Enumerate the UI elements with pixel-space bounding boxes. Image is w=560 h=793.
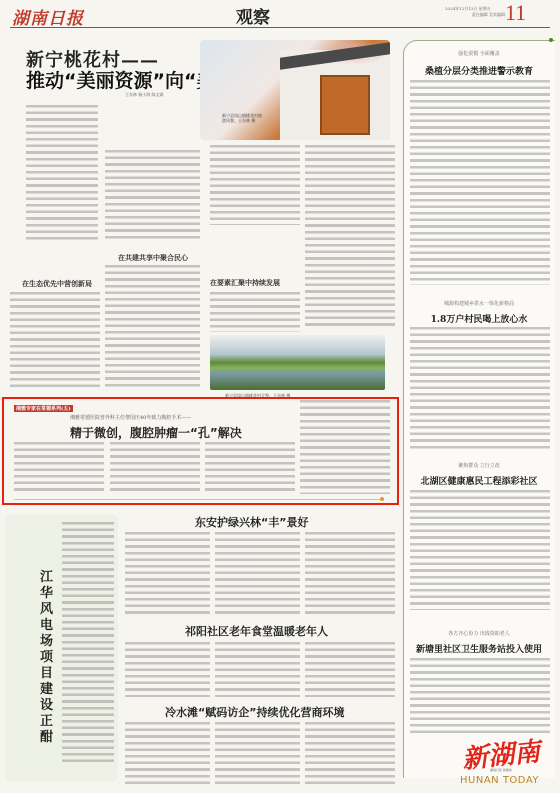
right-kicker-4: 各方齐心协力 出钱资助老人 xyxy=(403,630,555,637)
right-headline-1: 桑植分层分类推进警示教育 xyxy=(403,64,555,77)
brand-english: HUNAN TODAY xyxy=(460,775,539,786)
date-info: 2024年12月13日 星期五 责任编辑 美术编辑 xyxy=(445,6,505,18)
page-number: 11 xyxy=(505,0,526,26)
photo-caption: 新宁县崀山镇桃花村旅游风貌。王东林 摄 xyxy=(222,113,262,123)
featured-body-col2 xyxy=(110,442,200,494)
lead-body-col4 xyxy=(305,145,395,330)
right-kicker-1: 强化震慑 全面覆盖 xyxy=(403,50,555,57)
dongan-body-col2 xyxy=(215,532,300,617)
lengshuitan-body-col2 xyxy=(215,722,300,787)
panel-dot xyxy=(549,38,553,42)
right-body-4 xyxy=(410,658,550,733)
lead-body-col5 xyxy=(10,292,100,387)
village-photo: 新宁县崀山镇桃花村旅游风貌。王东林 摄 xyxy=(200,40,390,140)
side-panel-body xyxy=(62,522,114,762)
newspaper-logo: 湖南日报 xyxy=(12,4,84,29)
article-headline-qiyang: 祁阳社区老年食堂温暖老年人 xyxy=(185,623,328,639)
lead-subhead-2: 在共建共享中聚合民心 xyxy=(118,253,188,263)
lead-body-col7 xyxy=(210,292,300,332)
divider-dot xyxy=(380,497,384,501)
right-headline-3: 北湖区健康惠民工程添彩社区 xyxy=(403,474,555,487)
featured-body-col3 xyxy=(205,442,295,494)
right-headline-2: 1.8万户村民喝上放心水 xyxy=(403,312,555,325)
featured-kicker: 湘雅常德医院普外科主任黎国庆40年致力腹腔手术—— xyxy=(70,414,191,421)
featured-body-col1 xyxy=(14,442,104,494)
lead-body-col6 xyxy=(105,265,200,387)
lengshuitan-body-col1 xyxy=(125,722,210,787)
qiyang-body-col1 xyxy=(125,642,210,697)
lead-subhead-1: 在生态优先中营创新局 xyxy=(22,279,92,289)
right-headline-4: 新塘里社区卫生服务站投入使用 xyxy=(403,642,555,655)
right-kicker-2: 城源构建城乡供水一体化新格局 xyxy=(403,300,555,307)
editor-line: 责任编辑 美术编辑 xyxy=(445,12,505,18)
side-panel-title: 江华风电场项目建设正酣 xyxy=(40,570,60,746)
series-tag: 湘雅专家在常德系列(五) xyxy=(14,405,73,412)
article-headline-dongan: 东安护绿兴林“丰”景好 xyxy=(195,514,308,530)
landscape-photo xyxy=(210,335,385,390)
right-kicker-3: 聚焦群众 立行立改 xyxy=(403,462,555,469)
right-body-1 xyxy=(410,80,550,285)
brand-sub: 湖南日报 新媒体 xyxy=(490,768,512,772)
lead-body-col1 xyxy=(26,105,98,240)
gold-divider xyxy=(14,499,384,500)
section-title: 观察 xyxy=(236,3,270,28)
right-body-3 xyxy=(410,490,550,610)
lead-body-col2 xyxy=(105,150,200,240)
lead-byline: 王东林 杨小海 陈文霖 xyxy=(125,92,164,98)
dongan-body-col1 xyxy=(125,532,210,617)
featured-body-col4 xyxy=(300,400,390,494)
lead-subhead-3: 在要素汇聚中持续发展 xyxy=(210,278,280,288)
dongan-body-col3 xyxy=(305,532,395,617)
qiyang-body-col3 xyxy=(305,642,395,697)
featured-headline: 精于微创，腹腔肿瘤一“孔”解决 xyxy=(70,424,242,441)
article-headline-lengshuitan: 冷水滩“赋码访企”持续优化营商环境 xyxy=(165,704,344,720)
lead-body-col3 xyxy=(210,145,300,225)
lengshuitan-body-col3 xyxy=(305,722,395,787)
qiyang-body-col2 xyxy=(215,642,300,697)
right-body-2 xyxy=(410,327,550,452)
